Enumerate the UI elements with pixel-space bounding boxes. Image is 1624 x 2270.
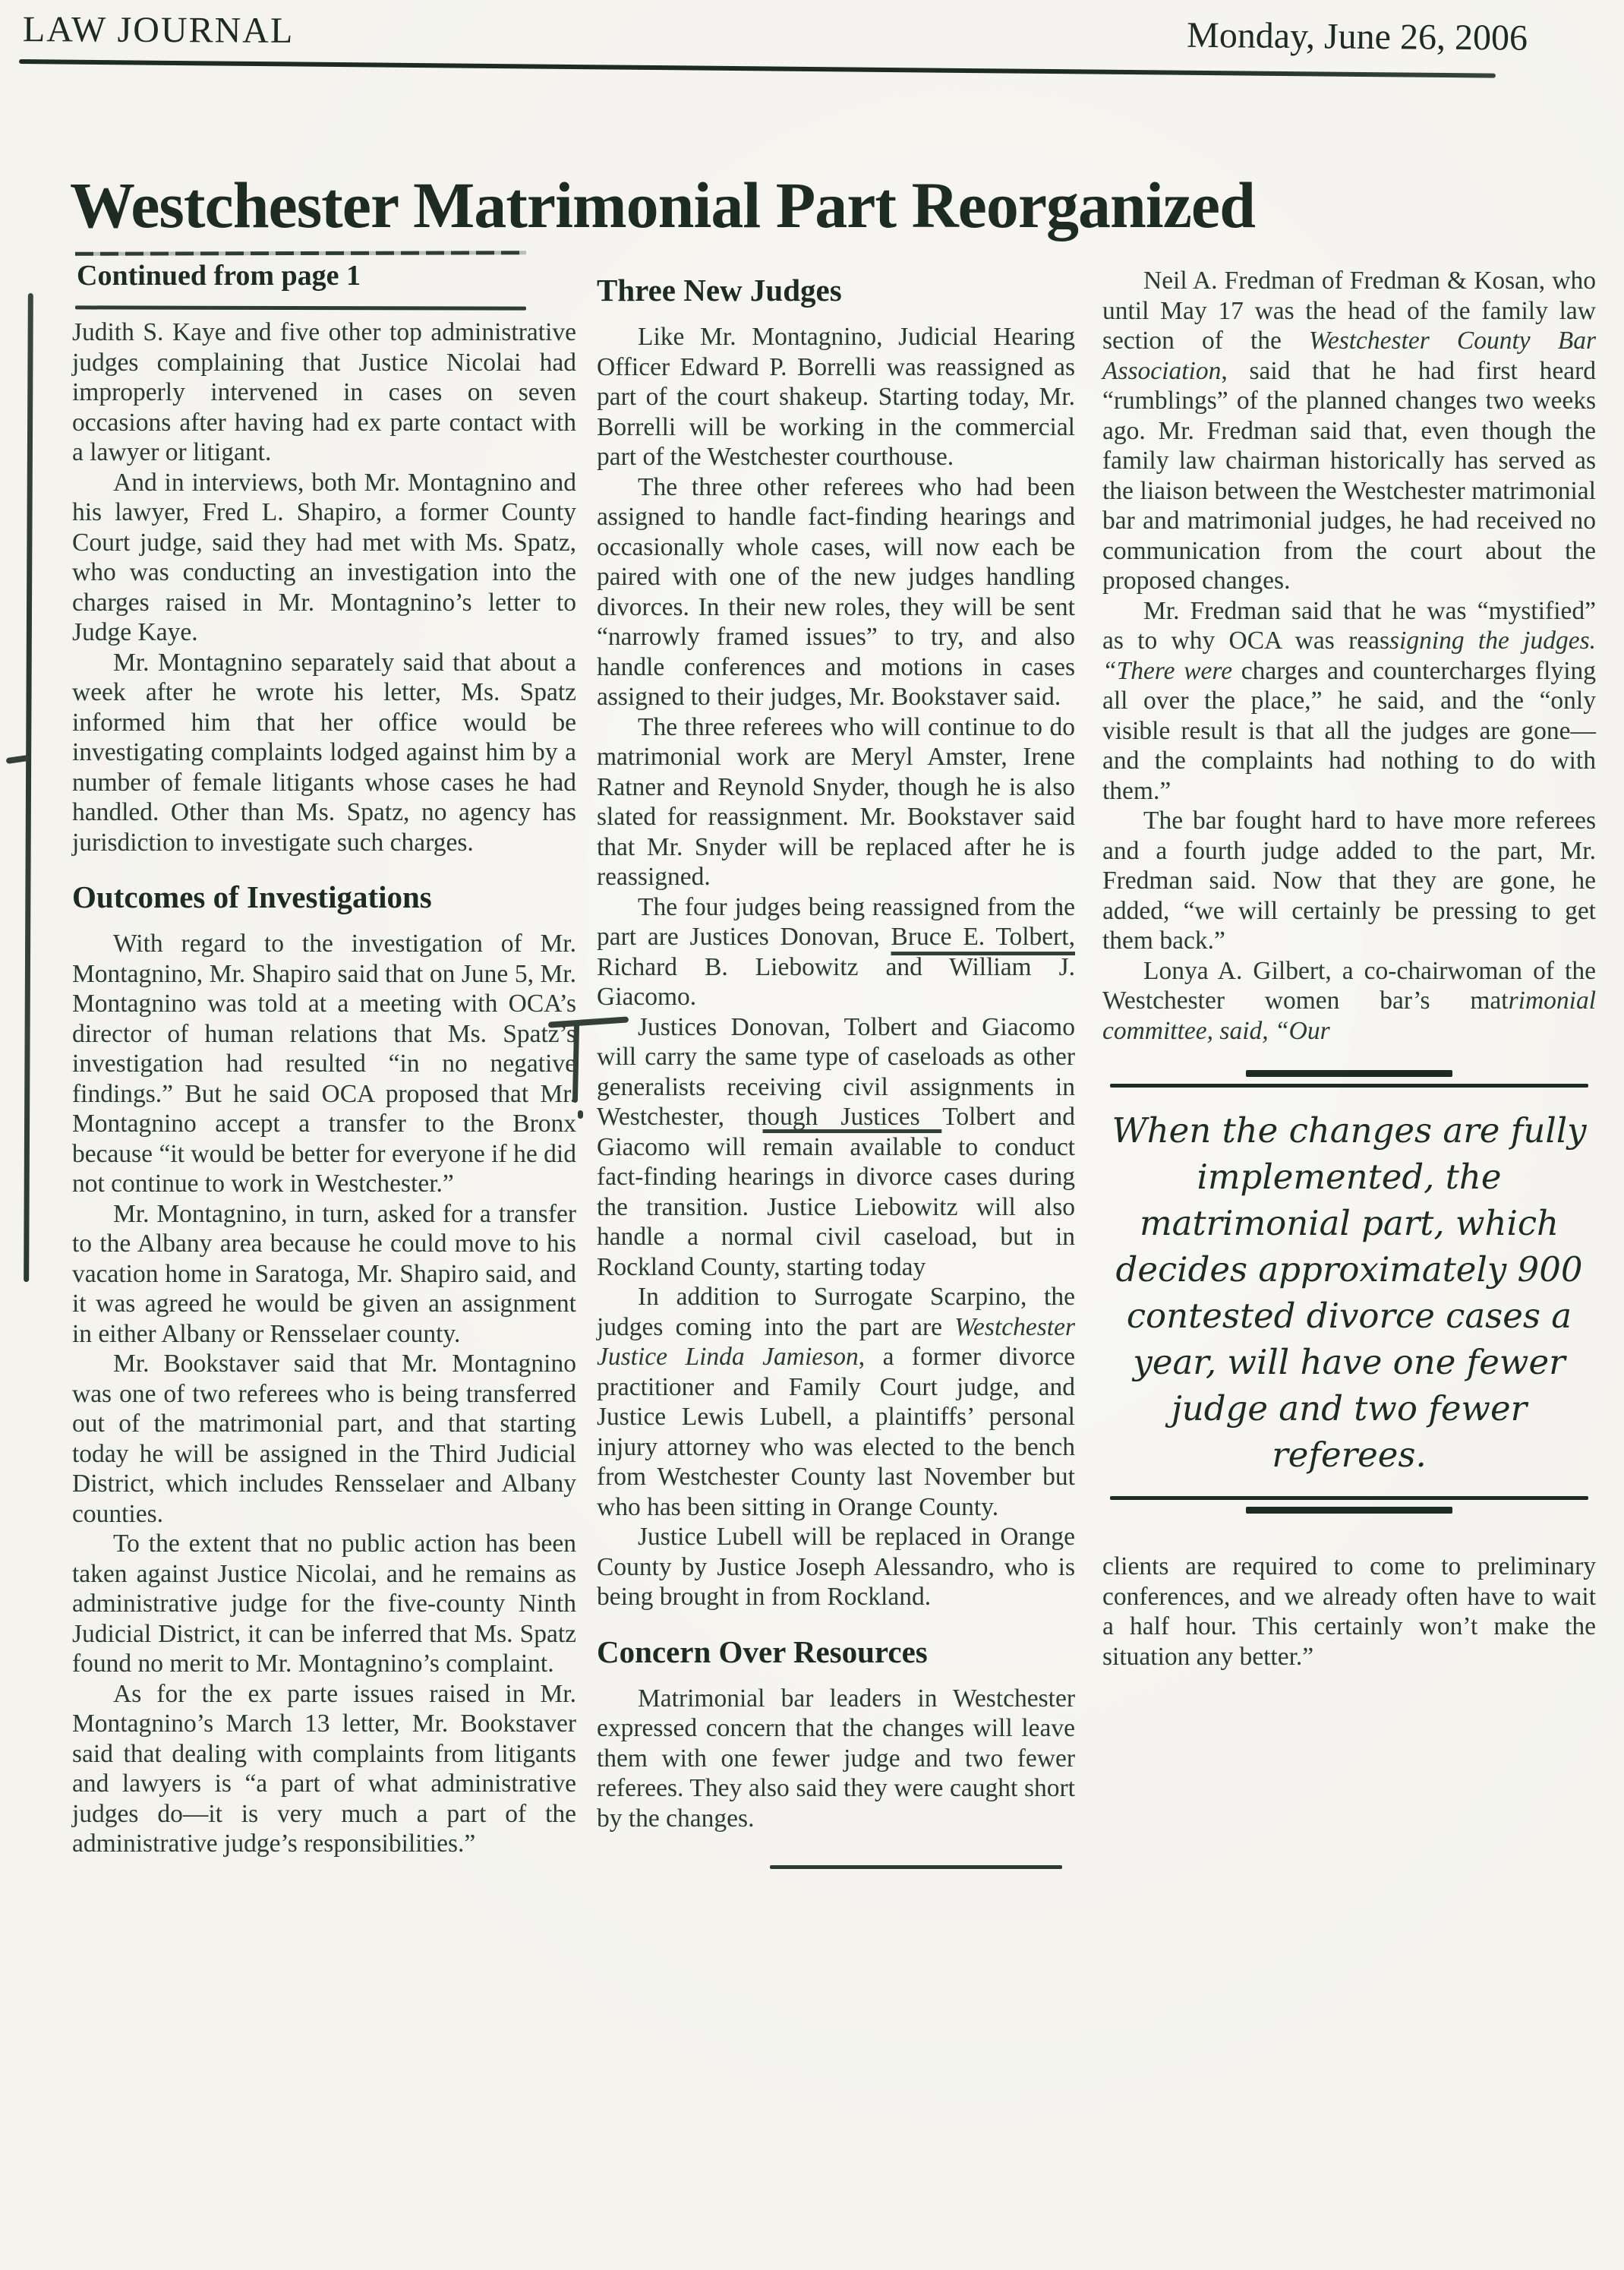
header-rule (19, 59, 1496, 78)
paragraph: Justice Lubell will be replaced in Orang… (597, 1522, 1075, 1612)
paragraph: With regard to the investigation of Mr. … (72, 929, 576, 1199)
issue-date: Monday, June 26, 2006 (1063, 13, 1528, 58)
article-column-2: Three New JudgesLike Mr. Montagnino, Jud… (597, 273, 1075, 1869)
paragraph-tick-annotation (548, 1010, 639, 1124)
article-end-rule (770, 1865, 1062, 1869)
continued-rule-bottom (75, 305, 526, 310)
paragraph: Mr. Montagnino, in turn, asked for a tra… (72, 1199, 576, 1350)
pull-quote: When the changes are fully implemented, … (1102, 1070, 1596, 1514)
tick-bar (548, 1016, 629, 1028)
headline: Westchester Matrimonial Part Reorganized (70, 167, 1436, 243)
paragraph: In addition to Surrogate Scarpino, the j… (597, 1282, 1075, 1522)
pull-quote-rule-top (1246, 1070, 1452, 1077)
paragraph: Like Mr. Montagnino, Judicial Hearing Of… (597, 322, 1075, 472)
pull-quote-line-bottom (1110, 1496, 1589, 1500)
paragraph: The four judges being reassigned from th… (597, 892, 1075, 1012)
paragraph: clients are required to come to prelimin… (1102, 1552, 1596, 1672)
tick-dot (578, 1110, 583, 1119)
article-column-3: Neil A. Fredman of Fredman & Kosan, who … (1102, 266, 1596, 1672)
paragraph: Matrimonial bar leaders in Westchester e… (597, 1684, 1075, 1834)
text-segment: , said that he had first heard “rumbling… (1102, 357, 1596, 595)
margin-pen-line-annotation (24, 293, 33, 1282)
paragraph: And in interviews, both Mr. Montagnino a… (72, 468, 576, 648)
newspaper-clipping: LAW JOURNAL Monday, June 26, 2006 Westch… (0, 0, 1624, 2270)
paragraph: To the extent that no public action has … (72, 1529, 576, 1679)
paragraph: Justices Donovan, Tolbert and Giacomo wi… (597, 1012, 1075, 1283)
section-subhead: Outcomes of Investigations (72, 880, 576, 914)
paragraph: Judith S. Kaye and five other top admini… (72, 317, 576, 468)
paragraph: As for the ex parte issues raised in Mr.… (72, 1679, 576, 1859)
paragraph: Mr. Bookstaver said that Mr. Montagnino … (72, 1349, 576, 1529)
paragraph: The bar fought hard to have more referee… (1102, 806, 1596, 956)
hand-underlined-text: Bruce E. Tolbert, (891, 923, 1075, 951)
text-segment: Richard B. Liebowitz and William J. Giac… (597, 953, 1075, 1012)
paragraph: Neil A. Fredman of Fredman & Kosan, who … (1102, 266, 1596, 596)
continued-from-label: Continued from page 1 (77, 259, 361, 292)
paragraph: The three referees who will continue to … (597, 712, 1075, 892)
paragraph: Mr. Montagnino separately said that abou… (72, 648, 576, 858)
article-column-1: Judith S. Kaye and five other top admini… (72, 317, 576, 1859)
continued-rule-top (75, 251, 526, 256)
pull-quote-line-top (1110, 1084, 1589, 1088)
section-subhead: Three New Judges (597, 273, 1075, 307)
pull-quote-rule-bottom (1246, 1507, 1452, 1514)
paragraph: Mr. Fredman said that he was “mystified”… (1102, 596, 1596, 807)
paragraph: Lonya A. Gilbert, a co-chairwoman of the… (1102, 956, 1596, 1047)
paragraph: The three other referees who had been as… (597, 472, 1075, 712)
section-subhead: Concern Over Resources (597, 1635, 1075, 1669)
pull-quote-text: When the changes are fully implemented, … (1105, 1107, 1593, 1478)
tick-stem (572, 1022, 579, 1103)
masthead: LAW JOURNAL (23, 8, 295, 52)
hand-overlined-text: remain available (763, 1133, 942, 1161)
